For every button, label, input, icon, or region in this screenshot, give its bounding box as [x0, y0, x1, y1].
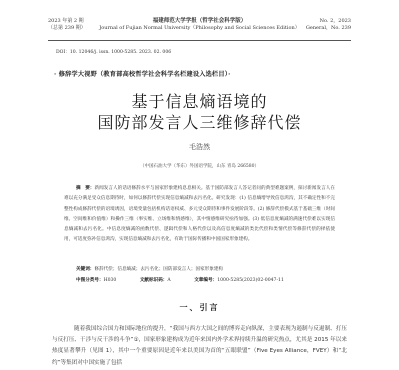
abstract: 摘 要：新闻发言人的话语修辞水平与国家形象建构息息相关。基于国防部发言人答记者问…	[64, 184, 335, 246]
issue-info-en: No. 2，2023 General，No. 239	[306, 18, 351, 32]
header-divider	[48, 40, 351, 41]
classification-meta: 中图分类号：H030 文献标识码：A 文章编号：1000-5285(2023)0…	[76, 277, 335, 283]
doi: DOI：10. 12046/j. issn. 1000-5285. 2023. …	[56, 49, 171, 55]
article-no-value: 1000-5285(2023)02-0047-11	[217, 278, 284, 283]
affiliation: （中国石油大学（华东）外国语学院，山东 青岛 266580）	[0, 163, 399, 169]
document-code: 文献标识码：A	[140, 278, 171, 283]
article-number: 文章编号：1000-5285(2023)02-0047-11	[194, 278, 284, 283]
keywords: 关键词：修辞代偿；信息熵减；去污名化；国防部发言人；国家形象建构	[76, 266, 335, 272]
paper-title: 基于信息熵语境的 国防部发言人三维修辞代偿	[0, 91, 399, 133]
running-header: 2023 年第 2 期 （总第 239 期） 福建师范大学学报（哲学社会科学版）…	[48, 18, 351, 40]
keywords-label: 关键词：	[76, 267, 94, 272]
doc-code-value: A	[167, 278, 170, 283]
article-no-label: 文章编号：	[194, 278, 217, 283]
author: 毛浩然	[0, 142, 399, 152]
clc-number: 中图分类号：H030	[76, 278, 116, 283]
paper-title-line1: 基于信息熵语境的	[0, 91, 399, 112]
abstract-text: 新闻发言人的话语修辞水平与国家形象建构息息相关。基于国防部发言人答记者问的典型难…	[64, 186, 335, 242]
issue-total-en: General，No. 239	[306, 25, 351, 32]
issue-number-en: No. 2，2023	[306, 18, 351, 25]
column-tag: · 修辞学大视野（教育部高校哲学社会科学名栏建设入选栏目）·	[54, 69, 230, 78]
section-heading-introduction: 一、引言	[0, 302, 399, 313]
body-paragraph: 随着我国综合国力和国际地位的提升，“我国与西方大国之间的博弈走向纵深，主要表现为…	[52, 324, 347, 369]
clc-label: 中图分类号：	[76, 278, 104, 283]
abstract-label: 摘 要：	[76, 186, 95, 191]
keywords-text: 修辞代偿；信息熵减；去污名化；国防部发言人；国家形象建构	[94, 267, 223, 272]
paper-title-line2: 国防部发言人三维修辞代偿	[0, 112, 399, 133]
clc-value: H030	[104, 278, 117, 283]
doc-code-label: 文献标识码：	[140, 278, 168, 283]
